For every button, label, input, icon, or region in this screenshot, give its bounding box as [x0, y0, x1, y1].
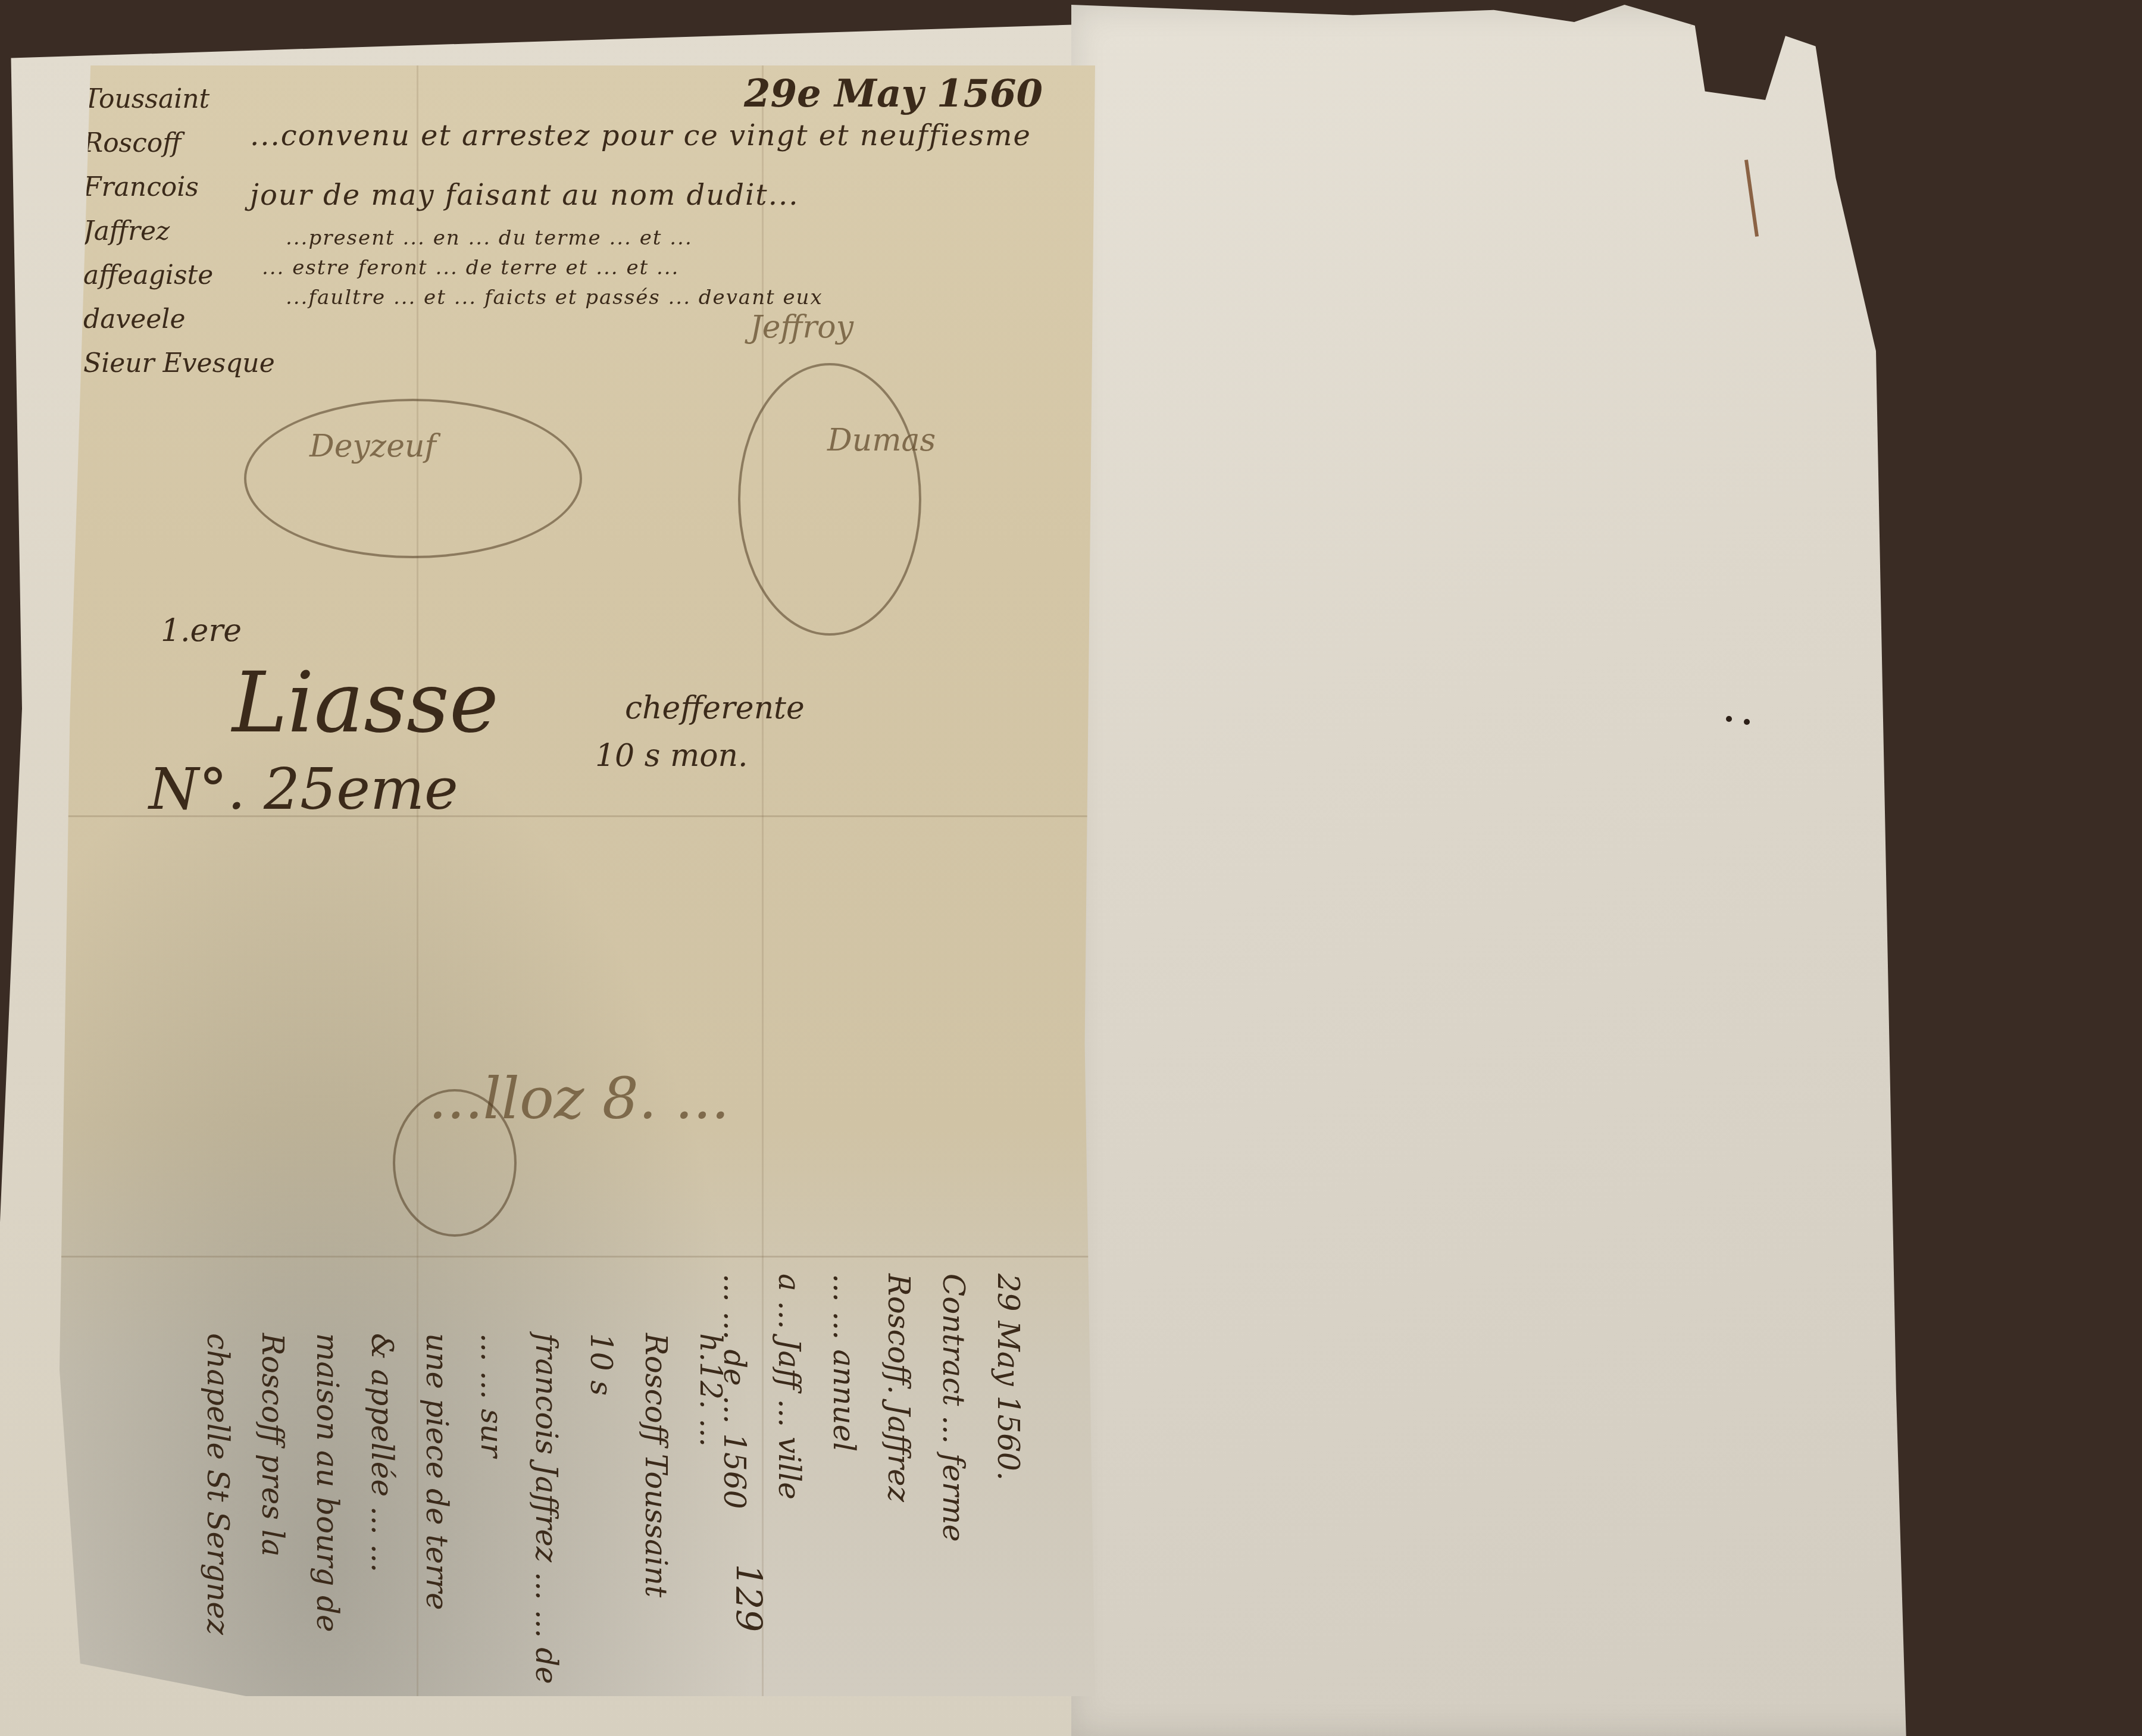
fold-line — [60, 1256, 1095, 1258]
body-line: ...present ... en ... du terme ... et ..… — [286, 226, 693, 250]
body-line: jour de may faisant au nom dudit... — [250, 179, 799, 212]
signature-flourish — [244, 399, 582, 558]
bleed-mark-stroke — [1744, 159, 1759, 237]
rotated-number: 129 — [727, 1564, 769, 1632]
signature-flourish — [738, 363, 921, 636]
right-page-blank — [1071, 5, 2077, 1736]
body-line: ...convenu et arrestez pour ce vingt et … — [250, 119, 1031, 152]
filing-number: N°. 25eme — [149, 756, 458, 822]
ink-spot — [1726, 716, 1732, 722]
body-line: ... estre feront ... de terre et ... et … — [262, 256, 679, 280]
rotated-note-column-a: 29 May 1560. Contract ... ferme Roscoff.… — [707, 1274, 1036, 1542]
signature-jeffroy: Jeffroy — [750, 309, 853, 345]
margin-note: Toussaint Roscoff Francois Jaffrez affea… — [83, 77, 275, 386]
rotated-note-column-b: h.12. ... Roscoff Toussaint 10 s francoi… — [190, 1333, 738, 1684]
filing-label: Liasse — [232, 655, 499, 752]
date-header: 29e May 1560 — [744, 71, 1043, 116]
signature-flourish — [393, 1089, 517, 1237]
body-line: ...faultre ... et ... faicts et passés .… — [286, 286, 823, 309]
ink-spot — [1744, 719, 1750, 725]
filing-ordinal: 1.ere — [161, 613, 242, 649]
annotation-chefferente: chefferente — [625, 690, 805, 726]
annotation-amount: 10 s mon. — [595, 738, 748, 774]
left-page-manuscript: Toussaint Roscoff Francois Jaffrez affea… — [60, 65, 1095, 1696]
signature-dumas: Dumas — [827, 423, 936, 458]
bleed-mark-arc — [1675, 3, 1766, 89]
